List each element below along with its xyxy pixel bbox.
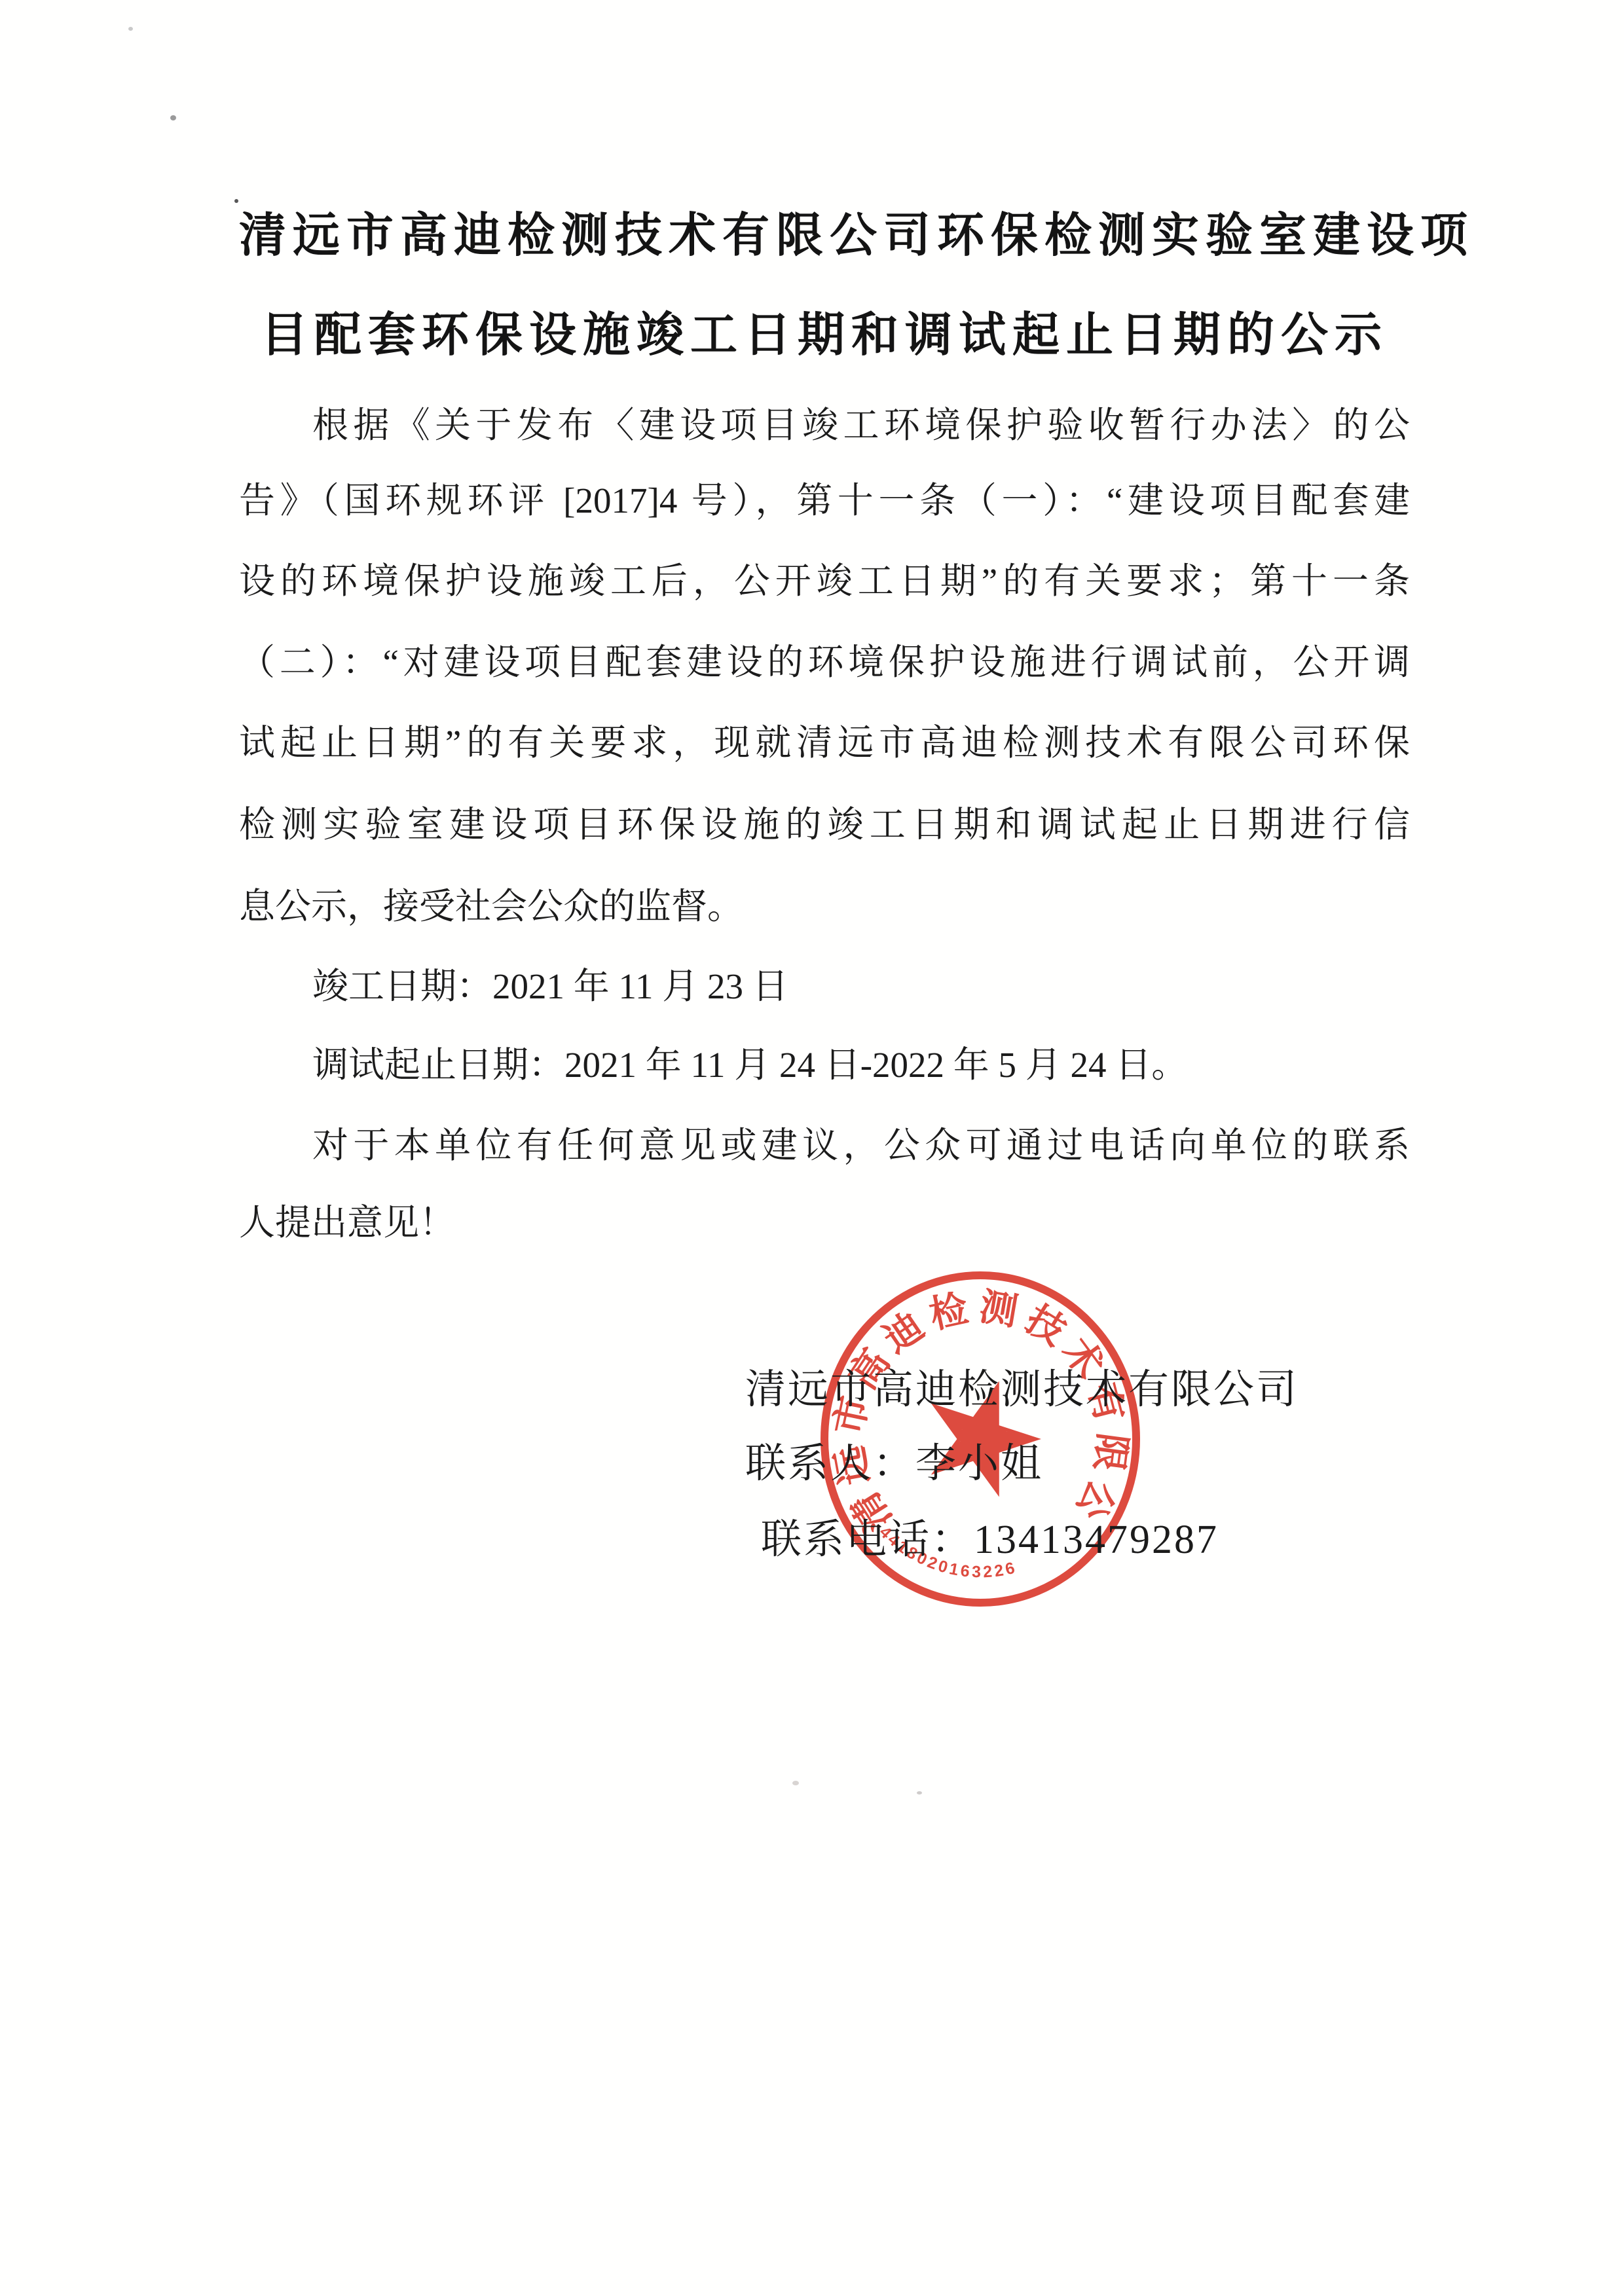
notice-title-line-2: 目配套环保设施竣工日期和调试起止日期的公示 xyxy=(239,295,1410,376)
scan-speck xyxy=(917,1791,922,1795)
paragraph-line: 检测实验室建设项目环保设施的竣工日期和调试起止日期进行信 xyxy=(239,784,1410,866)
paragraph-line: 息公示，接受社会公众的监督。 xyxy=(239,866,1410,947)
scan-speck xyxy=(128,27,133,31)
feedback-line-2: 人提出意见！ xyxy=(239,1182,1410,1264)
paragraph-line: 设的环境保护设施竣工后，公开竣工日期”的有关要求；第十一条 xyxy=(239,541,1410,622)
signature-company-name: 清远市高迪检测技术有限公司 xyxy=(745,1349,1299,1430)
scan-speck xyxy=(792,1781,799,1785)
notice-title-line-1: 清远市高迪检测技术有限公司环保检测实验室建设项 xyxy=(239,195,1410,276)
completion-date-line: 竣工日期：2021 年 11 月 23 日 xyxy=(239,946,1410,1027)
commissioning-period-line: 调试起止日期：2021 年 11 月 24 日-2022 年 5 月 24 日。 xyxy=(239,1025,1410,1106)
signature-contact-phone: 联系电话：13413479287 xyxy=(761,1499,1219,1580)
signature-contact-person: 联系人：李小姐 xyxy=(745,1423,1043,1504)
scanned-notice-page: 清远市高迪检测技术有限公司环保检测实验室建设项 目配套环保设施竣工日期和调试起止… xyxy=(0,0,1624,2296)
scan-speck xyxy=(234,199,238,203)
paragraph-line: （二）：“对建设项目配套建设的环境保护设施进行调试前，公开调 xyxy=(239,622,1410,703)
paragraph-line: 根据《关于发布〈建设项目竣工环境保护验收暂行办法〉的公 xyxy=(239,385,1410,466)
paragraph-line: 告》（国环规环评 [2017]4 号），第十一条（一）：“建设项目配套建 xyxy=(239,460,1410,541)
feedback-line-1: 对于本单位有任何意见或建议，公众可通过电话向单位的联系 xyxy=(239,1105,1410,1186)
paragraph-line: 试起止日期”的有关要求，现就清远市高迪检测技术有限公司环保 xyxy=(239,702,1410,784)
scan-speck xyxy=(170,115,176,120)
